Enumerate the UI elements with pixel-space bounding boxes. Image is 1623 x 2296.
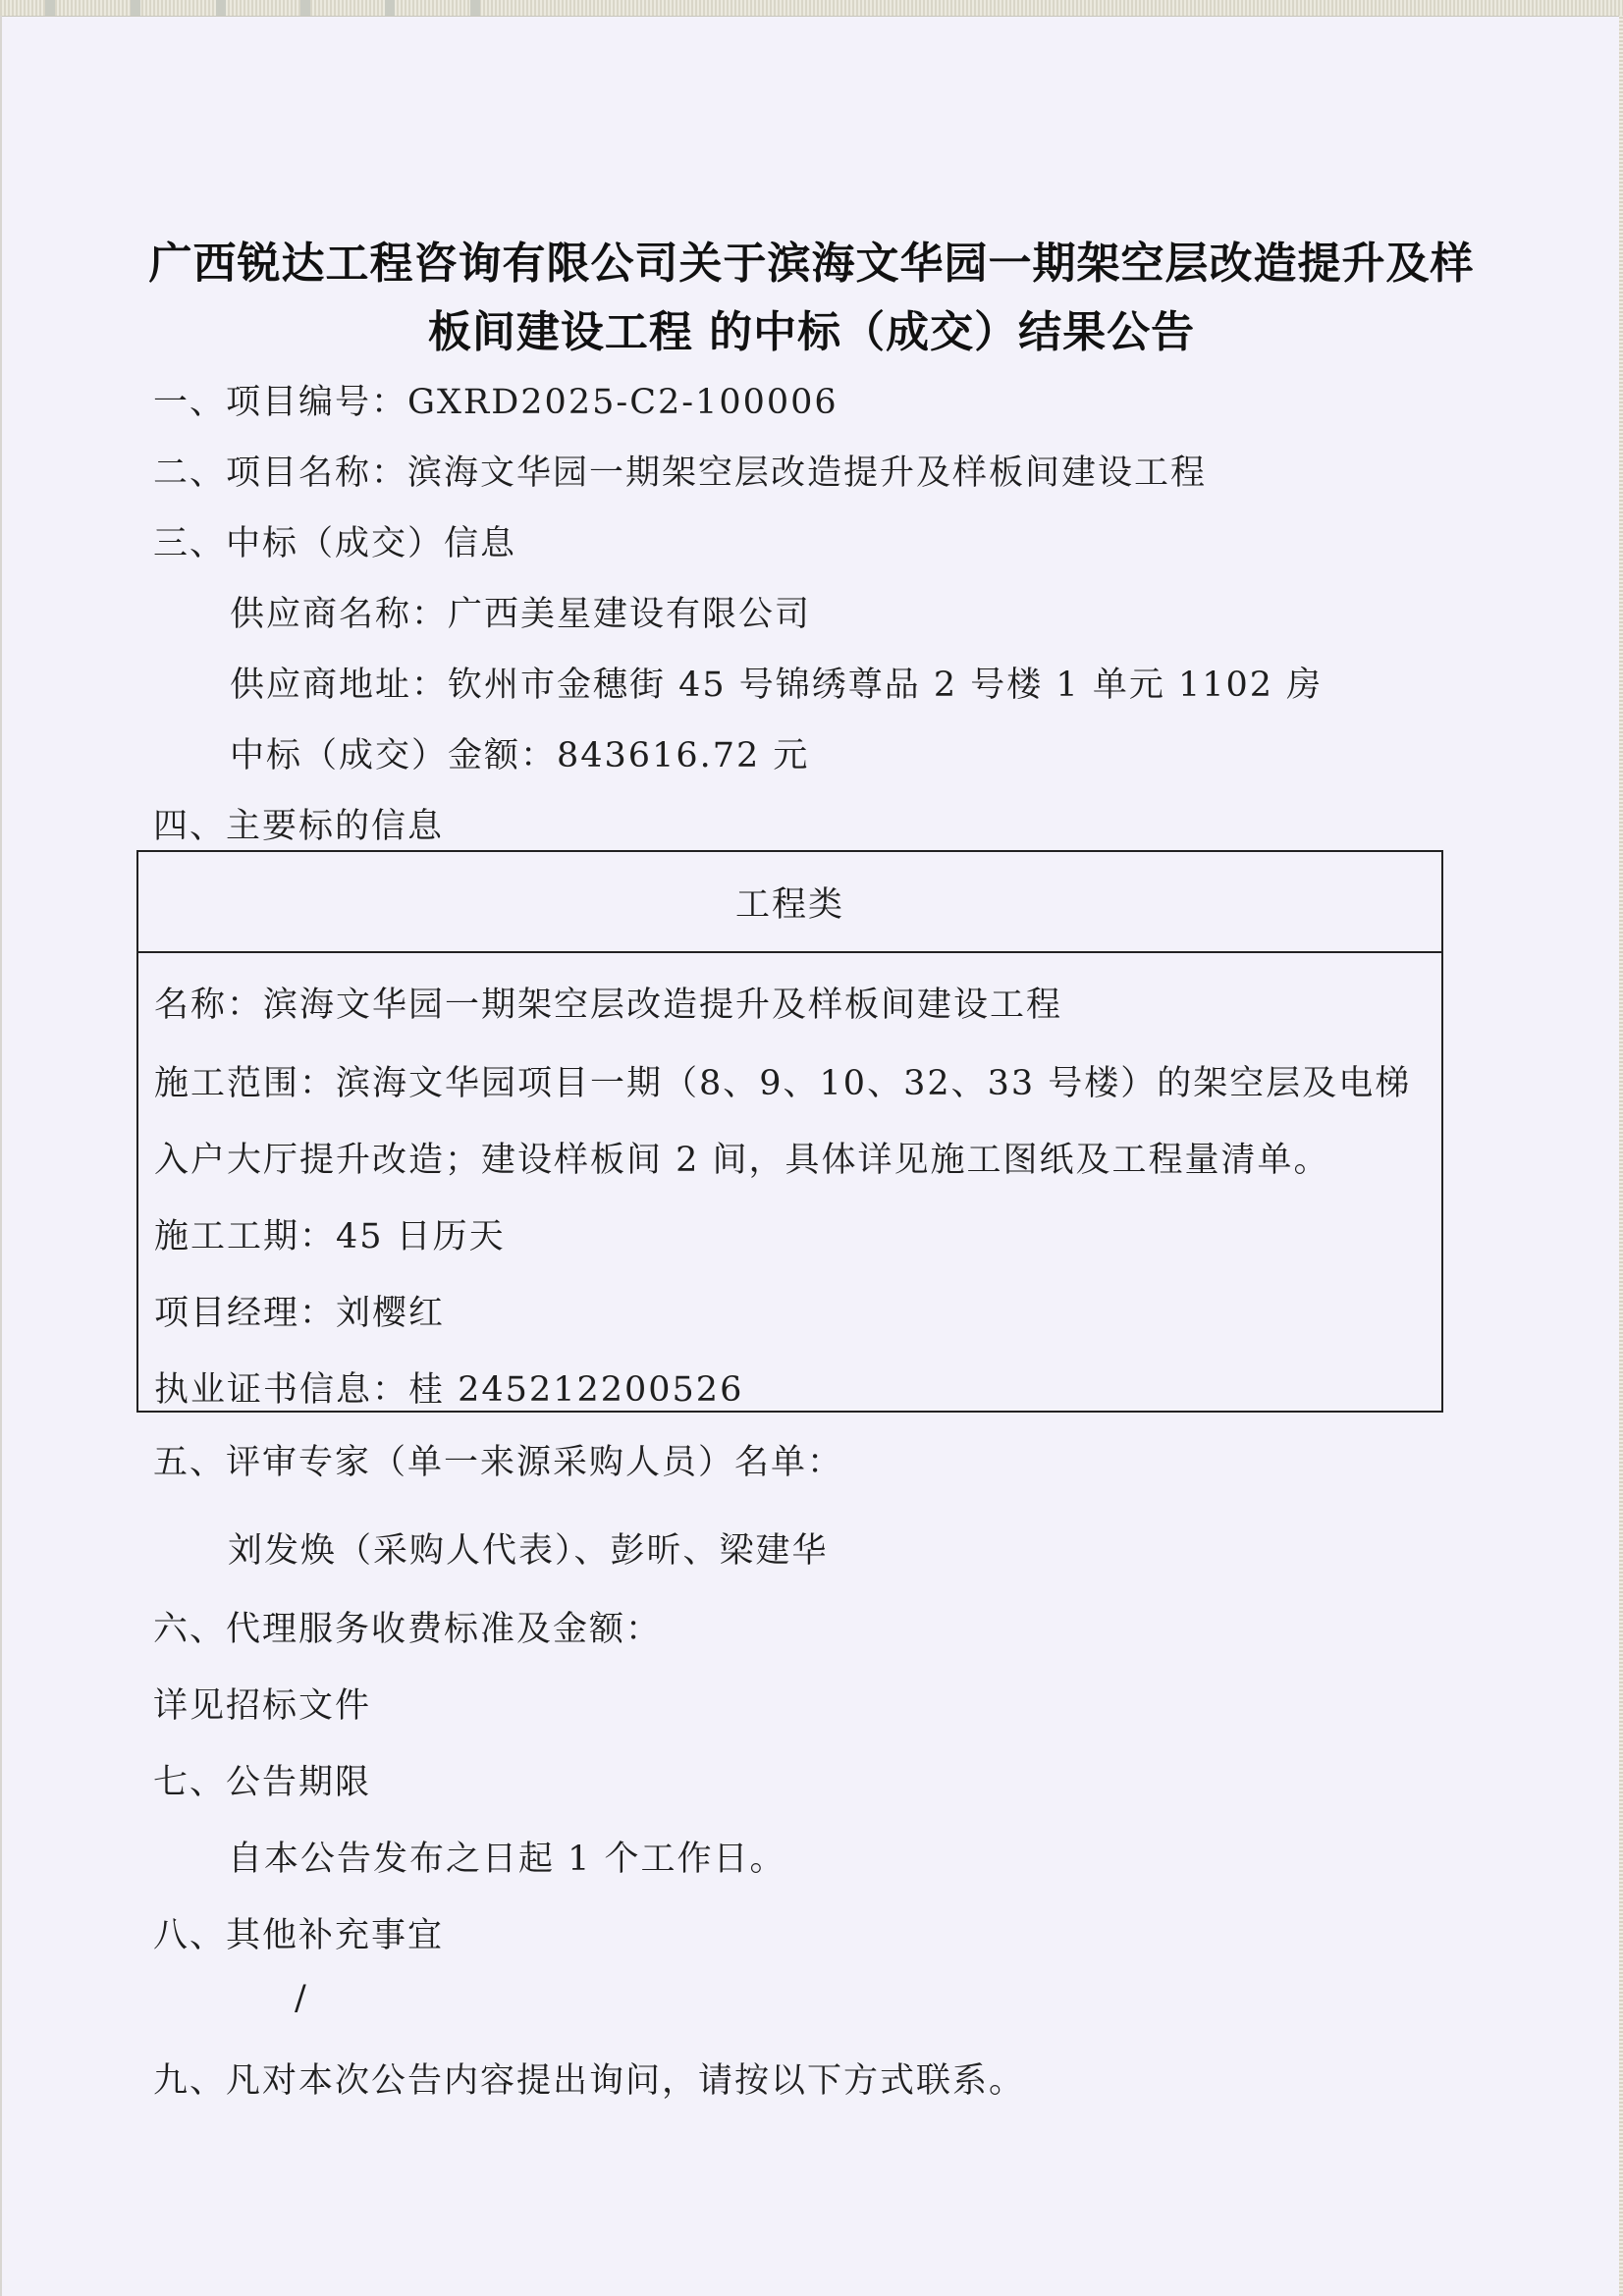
section-other-matters-heading: 八、其他补充事宜 [153,1908,444,1957]
section-agency-fee-heading: 六、代理服务收费标准及金额： [153,1602,662,1651]
section-contact-heading: 九、凡对本次公告内容提出询问，请按以下方式联系。 [153,2054,1025,2103]
table-row-duration: 施工工期：45 日历天 [154,1209,506,1258]
scan-strip-mark [216,0,226,16]
document-title-line-1: 广西锐达工程咨询有限公司关于滨海文华园一期架空层改造提升及样 [0,228,1623,291]
agency-fee-detail: 详见招标文件 [153,1679,371,1728]
table-row-name: 名称：滨海文华园一期架空层改造提升及样板间建设工程 [154,978,1062,1027]
document-title-line-2: 板间建设工程 的中标（成交）结果公告 [0,296,1623,359]
scan-strip-mark [385,0,395,16]
supplier-name: 供应商名称：广西美星建设有限公司 [230,587,811,636]
other-matters-detail: / [295,1979,308,2018]
table-row-certificate: 执业证书信息：桂 245212200526 [154,1362,743,1412]
section-award-info-heading: 三、中标（成交）信息 [153,516,516,565]
supplier-address: 供应商地址：钦州市金穗街 45 号锦绣尊品 2 号楼 1 单元 1102 房 [230,658,1323,707]
table-row-scope-1: 施工范围：滨海文华园项目一期（8、9、10、32、33 号楼）的架空层及电梯 [154,1056,1411,1105]
section-project-number: 一、项目编号：GXRD2025-C2-100006 [153,375,839,424]
scan-strip-mark [300,0,310,16]
table-row-manager: 项目经理：刘樱红 [154,1286,445,1335]
section-notice-period-heading: 七、公告期限 [153,1755,371,1804]
scan-top-strip [0,0,1623,17]
table-row-scope-2: 入户大厅提升改造；建设样板间 2 间，具体详见施工图纸及工程量清单。 [154,1133,1330,1182]
section-reviewers-heading: 五、评审专家（单一来源采购人员）名单： [153,1435,843,1484]
scan-strip-mark [45,0,55,16]
section-project-name: 二、项目名称：滨海文华园一期架空层改造提升及样板间建设工程 [153,446,1207,495]
table-header-category: 工程类 [138,852,1441,953]
reviewer-list: 刘发焕（采购人代表）、彭昕、梁建华 [228,1523,829,1573]
award-amount: 中标（成交）金额：843616.72 元 [230,728,809,777]
scan-strip-mark [131,0,140,16]
project-info-table: 工程类 名称：滨海文华园一期架空层改造提升及样板间建设工程 施工范围：滨海文华园… [136,850,1443,1413]
scan-strip-mark [470,0,480,16]
notice-period-detail: 自本公告发布之日起 1 个工作日。 [228,1832,786,1881]
section-main-subject-heading: 四、主要标的信息 [153,799,444,848]
